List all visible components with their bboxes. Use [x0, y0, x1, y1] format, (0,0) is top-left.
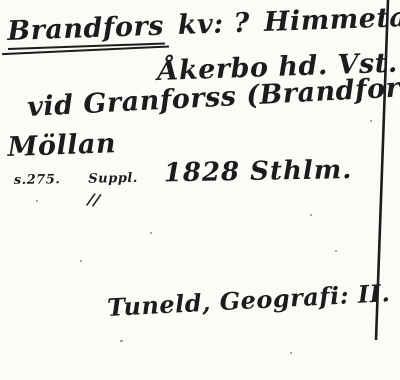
page-reference: s.275. — [14, 173, 61, 187]
supplement-note: Suppl. — [88, 172, 138, 186]
scan-speckle — [120, 340, 123, 342]
scan-speckle — [290, 352, 292, 354]
scan-speckle — [80, 260, 82, 262]
reference-line: s.275. Suppl. 1828 Sthlm. — [14, 157, 353, 189]
parish-name: Himmeta sn. — [263, 2, 400, 36]
scan-speckle — [150, 232, 152, 234]
name-variant: Möllan — [7, 130, 116, 161]
scan-speckle — [370, 120, 372, 122]
scan-speckle — [335, 250, 337, 252]
archive-card-scan: Brandfors kv: ? Himmeta sn. Åkerbo hd. V… — [0, 0, 400, 380]
scan-speckle — [310, 214, 312, 216]
qualifier: kv: ? — [177, 10, 250, 39]
headword: Brandfors — [7, 13, 165, 50]
source-citation: Tuneld, Geografi: II. — [107, 281, 391, 320]
scan-speckle — [36, 200, 38, 202]
stray-pen-stroke: // — [87, 189, 101, 209]
year-and-place: 1828 Sthlm. — [164, 157, 353, 186]
headword-line: Brandfors kv: ? Himmeta sn. — [7, 2, 400, 50]
